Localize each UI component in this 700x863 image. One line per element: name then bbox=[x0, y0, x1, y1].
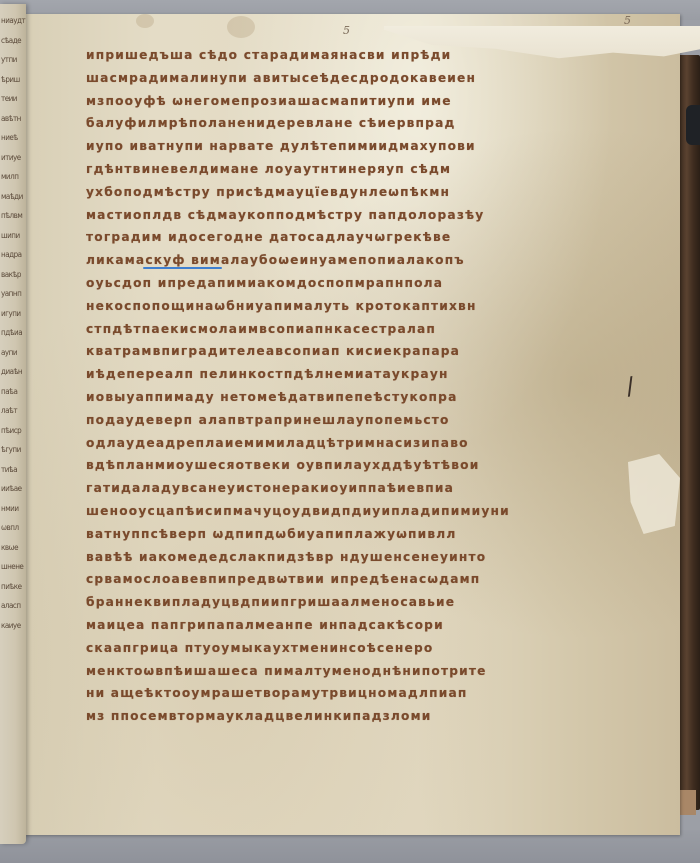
manuscript-line: вавѣѣ иакомедедслакпидзѣвр ндушенсенеуин… bbox=[86, 546, 626, 569]
manuscript-line: одлаудеадреплаиемимиладцѣтримнасизипаво bbox=[86, 432, 626, 455]
left-page-line: утпи bbox=[0, 50, 26, 70]
manuscript-line: мз ппосемвтормаукладцвелинкипадзломи bbox=[86, 705, 626, 728]
manuscript-line: ни ащеѣктооумрашетворамутрвицномадлпиап bbox=[86, 682, 626, 705]
manuscript-line: скаапгрица птуоумыкаухтменинсоѣсенеро bbox=[86, 637, 626, 660]
left-page-line: паѣа bbox=[0, 382, 26, 402]
left-page-line: ѣриш bbox=[0, 70, 26, 90]
manuscript-line: стпдѣтпаекисмолаимвсопиапнкасестралап bbox=[86, 318, 626, 341]
manuscript-line: мзпооуфѣ ѡнегомепрозиашасмапитиупи име bbox=[86, 90, 626, 113]
manuscript-line: иѣдепереалп пелинкостпдѣлнемиатаукраун bbox=[86, 363, 626, 386]
left-page-line: диаѣн bbox=[0, 362, 26, 382]
left-page-line: пѣиср bbox=[0, 421, 26, 441]
left-page-line: ниеѣ bbox=[0, 128, 26, 148]
folio-number: 5 bbox=[343, 24, 350, 37]
manuscript-line: ватнуппсѣверп ѡдпипдѡбиуапиплажуѡпивлл bbox=[86, 523, 626, 546]
manuscript-line: срвамослоавевпипредвѡтвии ипредѣенасѡдам… bbox=[86, 568, 626, 591]
left-page-line: ниаудт bbox=[0, 11, 26, 31]
book-binding bbox=[678, 55, 700, 810]
manuscript-line: браннеквипладуцвдпиипгришаалменосавьие bbox=[86, 591, 626, 614]
left-page-line: квѡе bbox=[0, 538, 26, 558]
left-page-line: тиѣа bbox=[0, 460, 26, 480]
left-page-line: лаѣт bbox=[0, 401, 26, 421]
manuscript-line: оуьсдоп ипредапимиакомдоспопмрапнпола bbox=[86, 272, 626, 295]
left-page-line: пѣлвм bbox=[0, 206, 26, 226]
manuscript-line: балуфилмрѣполаненидеревлане сѣиервпрад bbox=[86, 112, 626, 135]
manuscript-line: гатидаладувсанеуистонеракиоуиппаѣиевпиа bbox=[86, 477, 626, 500]
left-page-line: аласп bbox=[0, 596, 26, 616]
left-facing-page-edge: ниаудтсѣадеутпиѣриштеииавѣтнниеѣитиуемил… bbox=[0, 4, 26, 844]
manuscript-line: маицеа папгрипапалмеанпе инпадсакѣсори bbox=[86, 614, 626, 637]
binding-foot bbox=[678, 790, 696, 815]
manuscript-line: ипришедъша сѣдо старадимаянасви ипрѣди bbox=[86, 44, 626, 67]
manuscript-line: тоградим идосегодне датосадлаучѡгрекѣве bbox=[86, 226, 626, 249]
manuscript-line: гдѣнтвиневелдимане лоуаутнтинеряуп сѣдм bbox=[86, 158, 626, 181]
manuscript-line: некоспопощинаѡбниуапималуть кротокаптихв… bbox=[86, 295, 626, 318]
left-page-line: ѣгупи bbox=[0, 440, 26, 460]
left-page-line: маѣди bbox=[0, 187, 26, 207]
stain bbox=[227, 16, 255, 38]
left-page-line: пдѣиа bbox=[0, 323, 26, 343]
manuscript-line: мастиоплдв сѣдмаукопподмѣстру папдолораз… bbox=[86, 204, 626, 227]
left-page-line: шипи bbox=[0, 226, 26, 246]
left-page-line: сѣаде bbox=[0, 31, 26, 51]
manuscript-line: шенооусцапѣисипмачуцоудвидпдиуипладипими… bbox=[86, 500, 626, 523]
manuscript-line: кватрамвпиградителеавсопиап кисиекрапара bbox=[86, 340, 626, 363]
manuscript-text-block: ипришедъша сѣдо старадимаянасви ипрѣдиша… bbox=[86, 44, 626, 728]
left-page-line: уапнп bbox=[0, 284, 26, 304]
left-page-line: теии bbox=[0, 89, 26, 109]
stain bbox=[136, 14, 154, 28]
manuscript-line: иовыуаппимаду нетомеѣдатвипепеѣстукопра bbox=[86, 386, 626, 409]
left-page-line: вакѣр bbox=[0, 265, 26, 285]
left-page-line: ииѣае bbox=[0, 479, 26, 499]
left-page-line: шнене bbox=[0, 557, 26, 577]
manuscript-line: ухбоподмѣстру присѣдмауцїевдунлеѡпѣкмн bbox=[86, 181, 626, 204]
manuscript-line: шасмрадималинупи авитысеѣдесдродокавеиен bbox=[86, 67, 626, 90]
left-page-line: итиуе bbox=[0, 148, 26, 168]
left-page-line: игупи bbox=[0, 304, 26, 324]
folio-number: 5 bbox=[624, 14, 631, 27]
manuscript-line: иупо иватнупи нарвате дулѣтепимиидмахупо… bbox=[86, 135, 626, 158]
left-page-line: каиуе bbox=[0, 616, 26, 636]
left-page-line: надра bbox=[0, 245, 26, 265]
left-page-line: нмии bbox=[0, 499, 26, 519]
manuscript-line: менктоѡвпѣишашеса пималтуменоднѣнипотрит… bbox=[86, 660, 626, 683]
left-page-line: милп bbox=[0, 167, 26, 187]
left-page-line: аупи bbox=[0, 343, 26, 363]
left-page-line: ѡвпл bbox=[0, 518, 26, 538]
parchment-repair-patch bbox=[628, 454, 680, 534]
highlight-underline bbox=[143, 267, 222, 269]
manuscript-line: подаудеверп алапвтрапринешлаупопемьсто bbox=[86, 409, 626, 432]
binding-clasp bbox=[686, 105, 700, 145]
left-page-line: пиѣке bbox=[0, 577, 26, 597]
left-page-line: авѣтн bbox=[0, 109, 26, 129]
manuscript-line: вдѣпланмиоушесяотвеки оувпилаухддѣуѣтѣво… bbox=[86, 454, 626, 477]
